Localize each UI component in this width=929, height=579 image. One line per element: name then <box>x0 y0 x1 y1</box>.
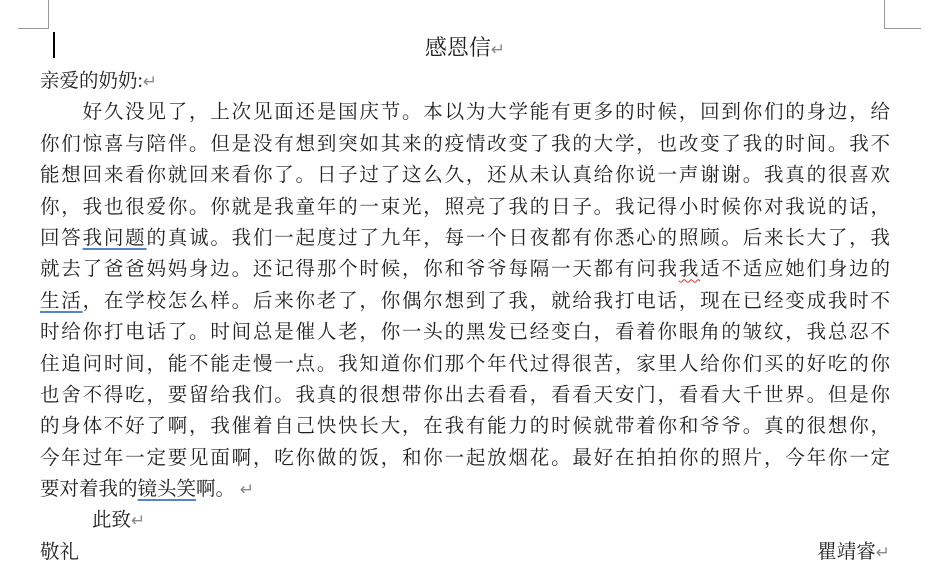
body-line-5[interactable]: 回答我问题的真诚。我们一起度过了九年，每一个日夜都有你悉心的照顾。后来长大了，我 <box>40 223 890 254</box>
text-run: 的身体不好了啊，我催着自己快快长大，在我有能力的时候就带着你和爷爷。真的很想你， <box>40 416 890 437</box>
body-line-2[interactable]: 你们惊喜与陪伴。但是没有想到突如其来的疫情改变了我的大学，也改变了我的时间。我不 <box>40 129 890 160</box>
body-line-13[interactable]: 要对着我的镜头笑啊。 ↵ <box>40 474 890 505</box>
proofing-marked-text: 我问题 <box>83 228 147 249</box>
text-run: 感恩信 <box>425 35 491 60</box>
title-line[interactable]: 感恩信↵ <box>40 30 890 66</box>
paragraph-mark-icon: ↵ <box>131 511 145 531</box>
text-run: 就去了爸爸妈妈身边。还记得那个时候，你和爷爷每隔一天都有问我 <box>40 259 679 280</box>
paragraph-mark-icon: ↵ <box>491 40 505 60</box>
closing-signature-line[interactable]: 敬礼瞿靖睿↵ <box>40 537 890 568</box>
text-run: 啊。 <box>196 479 240 500</box>
signature-right-text: 瞿靖睿↵ <box>817 537 890 568</box>
proofing-marked-text: 我 <box>679 259 700 280</box>
text-run: ，在学校怎么样。后来你老了，你偶尔想到了我，就给我打电话，现在已经变成我时不 <box>83 291 890 312</box>
body-line-6[interactable]: 就去了爸爸妈妈身边。还记得那个时候，你和爷爷每隔一天都有问我我适不适应她们身边的 <box>40 254 890 285</box>
body-line-3[interactable]: 能想回来看你就回来看你了。日子过了这么久，还从未认真给你说一声谢谢。我真的很喜欢 <box>40 160 890 191</box>
body-line-1[interactable]: 好久没见了，上次见面还是国庆节。本以为大学能有更多的时候，回到你们的身边，给 <box>40 97 890 128</box>
text-run: 敬礼 <box>40 542 79 563</box>
text-run: 适不适应她们身边的 <box>700 259 890 280</box>
text-run: 你，我也很爱你。你就是我童年的一束光，照亮了我的日子。我记得小时候你对我说的话， <box>40 197 890 218</box>
text-run: 瞿靖睿 <box>817 542 876 563</box>
text-run: 好久没见了，上次见面还是国庆节。本以为大学能有更多的时候，回到你们的身边，给 <box>40 102 890 123</box>
text-run: 此致 <box>92 510 131 531</box>
body-line-11[interactable]: 的身体不好了啊，我催着自己快快长大，在我有能力的时候就带着你和爷爷。真的很想你， <box>40 411 890 442</box>
proofing-marked-text: 镜头笑 <box>138 479 197 500</box>
text-run: 能想回来看你就回来看你了。日子过了这么久，还从未认真给你说一声谢谢。我真的很喜欢 <box>40 165 890 186</box>
body-line-7[interactable]: 生活，在学校怎么样。后来你老了，你偶尔想到了我，就给我打电话，现在已经变成我时不 <box>40 286 890 317</box>
paragraph-mark-icon: ↵ <box>143 72 157 92</box>
paragraph-mark-icon: ↵ <box>876 543 890 563</box>
proofing-marked-text: 生活 <box>40 291 83 312</box>
text-run: 要对着我的 <box>40 479 138 500</box>
text-run: 回答 <box>40 228 83 249</box>
body-line-9[interactable]: 住追问时间，能不能走慢一点。我知道你们那个年代过得很苦，家里人给你们买的好吃的你 <box>40 349 890 380</box>
text-run: 今年过年一定要见面啊，吃你做的饭，和你一起放烟花。最好在拍拍你的照片，今年你一定 <box>40 448 890 469</box>
body-line-12[interactable]: 今年过年一定要见面啊，吃你做的饭，和你一起放烟花。最好在拍拍你的照片，今年你一定 <box>40 443 890 474</box>
document-page[interactable]: 感恩信↵亲爱的奶奶:↵ 好久没见了，上次见面还是国庆节。本以为大学能有更多的时候… <box>0 0 929 579</box>
document-lines[interactable]: 感恩信↵亲爱的奶奶:↵ 好久没见了，上次见面还是国庆节。本以为大学能有更多的时候… <box>40 30 890 568</box>
salutation-line[interactable]: 亲爱的奶奶:↵ <box>40 66 890 97</box>
body-line-8[interactable]: 时给你打电话了。时间总是催人老，你一头的黑发已经变白，看着你眼角的皱纹，我总忍不 <box>40 317 890 348</box>
closing-left-text: 敬礼 <box>40 537 79 568</box>
closing-cizhi-line[interactable]: 此致↵ <box>40 505 890 536</box>
text-run: 的真诚。我们一起度过了九年，每一个日夜都有你悉心的照顾。后来长大了，我 <box>146 228 890 249</box>
page-margin-cropmark-top-left <box>18 0 49 29</box>
page-margin-cropmark-top-right <box>884 0 921 29</box>
text-run: 住追问时间，能不能走慢一点。我知道你们那个年代过得很苦，家里人给你们买的好吃的你 <box>40 354 890 375</box>
text-run: 你们惊喜与陪伴。但是没有想到突如其来的疫情改变了我的大学，也改变了我的时间。我不 <box>40 134 890 155</box>
text-run: 时给你打电话了。时间总是催人老，你一头的黑发已经变白，看着你眼角的皱纹，我总忍不 <box>40 322 890 343</box>
body-line-4[interactable]: 你，我也很爱你。你就是我童年的一束光，照亮了我的日子。我记得小时候你对我说的话， <box>40 192 890 223</box>
text-run: 也舍不得吃，要留给我们。我真的很想带你出去看看，看看天安门，看看大千世界。但是你 <box>40 385 890 406</box>
text-run: 亲爱的奶奶: <box>40 71 143 92</box>
paragraph-mark-icon: ↵ <box>240 480 254 500</box>
body-line-10[interactable]: 也舍不得吃，要留给我们。我真的很想带你出去看看，看看天安门，看看大千世界。但是你 <box>40 380 890 411</box>
